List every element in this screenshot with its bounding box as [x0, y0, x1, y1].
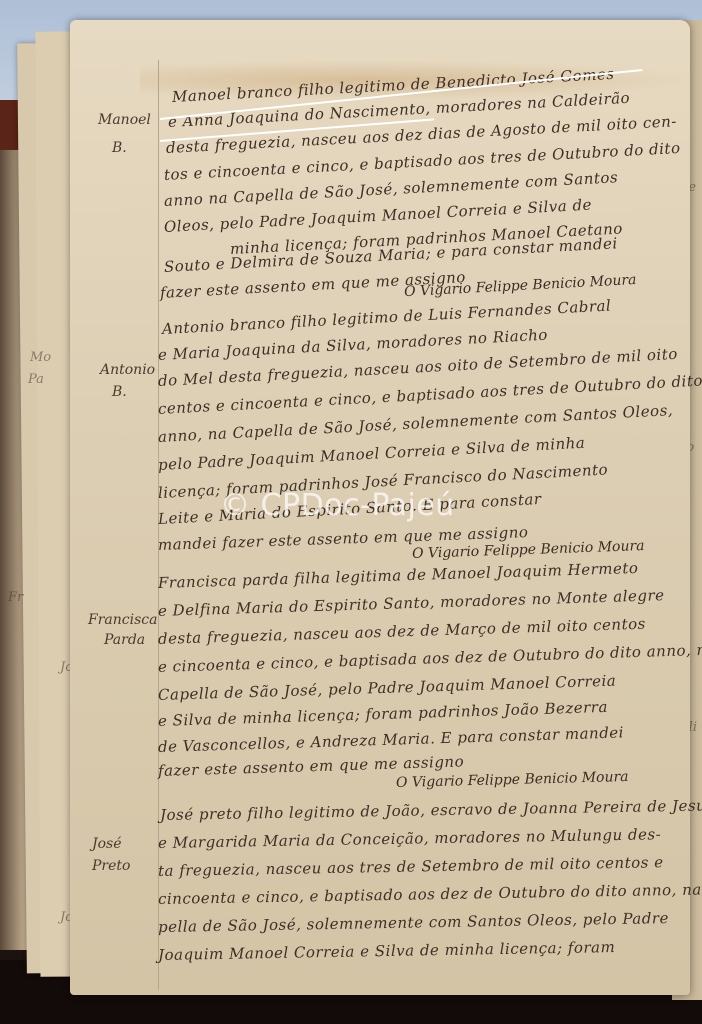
left-fragment: Fr [8, 590, 23, 605]
entry-2-margin-sub: B. [112, 384, 127, 400]
left-fragment: Pa [28, 372, 44, 387]
entry-3-margin-name: Francisca [88, 612, 157, 628]
entry-2-margin-name: Antonio [100, 362, 155, 378]
left-fragment: Mo [30, 350, 51, 365]
entry-4-margin-sub: Preto [92, 858, 130, 874]
entry-1-margin-name: Manoel [98, 112, 151, 128]
entry-1-margin-sub: B. [112, 140, 127, 156]
entry-3-margin-sub: Parda [104, 632, 145, 648]
watermark: © CPDoc-Pajeú [220, 488, 455, 523]
entry-4-margin-name: José [92, 836, 122, 852]
